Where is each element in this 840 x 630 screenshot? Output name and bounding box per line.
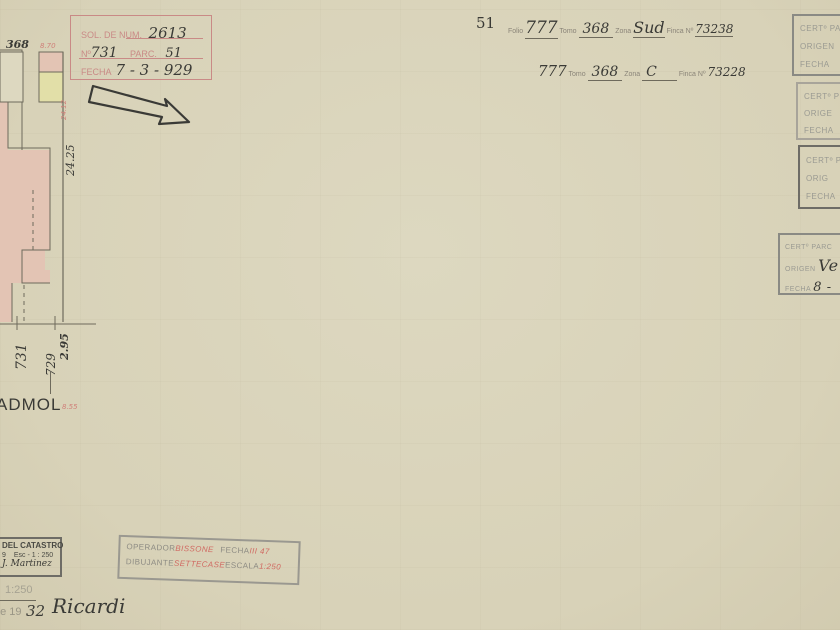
lot-label-729: 729 [44, 353, 58, 376]
cert-stamp-4: CERTº PARC ORIGEN Ve FECHA 8 - [778, 233, 840, 295]
footer-rule [0, 600, 36, 601]
fecha-value: 7 - 3 - 929 [116, 61, 193, 79]
registry-row-2: 777 Tomo 368 Zona C Finca Nº 73228 [518, 62, 746, 80]
dimension-side-red: 24.12 [60, 100, 68, 120]
zona-value: Sud [633, 18, 665, 38]
dibujante-value: SETTECASE [174, 559, 225, 570]
year-suffix: 32 [26, 602, 45, 620]
street-name: ADMOL [0, 395, 61, 415]
scale-label: 1:250 [5, 584, 33, 596]
cert-stamp-3: CERTº P ORIG FECHA [798, 145, 840, 209]
signature: Ricardi [52, 594, 125, 618]
lot-label-731: 731 [14, 343, 30, 370]
dimension-bottom: 2.95 [58, 333, 71, 360]
zona-value-2: C [642, 64, 677, 81]
dimension-tick [50, 372, 51, 394]
finca-value: 73238 [695, 22, 733, 37]
parcel-number-368: 368 [6, 38, 29, 51]
arrow-icon [85, 80, 195, 130]
cert-stamp-2: CERTº P ORIGE FECHA [796, 82, 840, 140]
catastro-signature: J. Martinez [2, 559, 56, 569]
folio-value-2: 777 [538, 62, 567, 80]
registry-row-1: Folio 777 Tomo 368 Zona Sud Finca Nº 732… [508, 18, 733, 38]
escala-value: 1:250 [259, 562, 281, 572]
operador-stamp: OPERADORBISSONE FECHAIII 47 DIBUJANTESET… [117, 535, 300, 585]
sol-value: 2613 [149, 24, 187, 42]
street-width: 8.55 [62, 403, 78, 411]
operador-value: BISSONE [175, 544, 214, 554]
folio-value: 777 [525, 18, 557, 39]
finca-value-2: 73228 [707, 65, 745, 79]
fecha-value: III 47 [249, 546, 270, 556]
tomo-value: 368 [579, 21, 614, 38]
year-prefix: de 19 [0, 606, 22, 618]
solicitud-stamp: SOL. DE NUM. 2613 Nº731 PARC. 51 FECHA 7… [70, 15, 212, 80]
dimension-top: 8.70 [40, 42, 56, 50]
catastro-stamp: DEL CATASTRO 9 Esc - 1 : 250 J. Martinez [0, 537, 62, 577]
tomo-value-2: 368 [588, 64, 623, 81]
fecha-label: FECHA [81, 67, 111, 77]
registry-number: 51 [476, 14, 495, 32]
registry-header: 51 Folio 777 Tomo 368 Zona Sud Finca Nº … [474, 14, 774, 84]
cert-stamp-1: CERTº PA ORIGEN FECHA [792, 14, 840, 76]
dimension-side: 24.25 [64, 145, 77, 177]
